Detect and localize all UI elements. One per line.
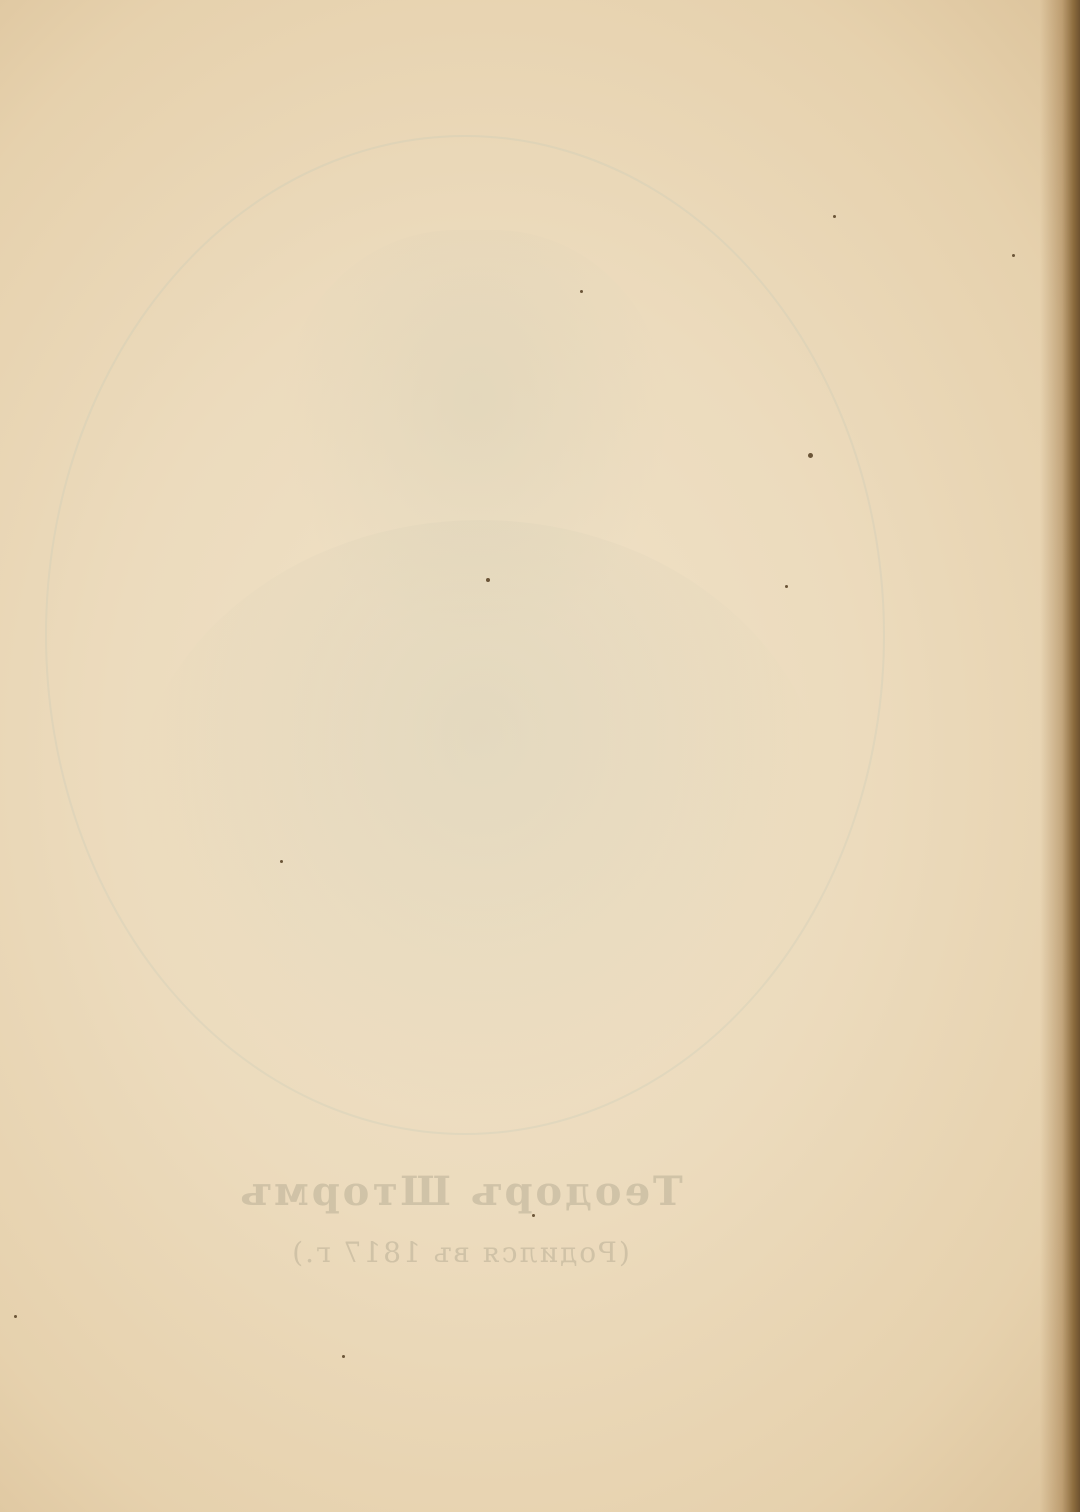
paper-speck — [486, 578, 490, 582]
paper-speck — [785, 585, 788, 588]
paper-speck — [532, 1214, 535, 1217]
caption-name-mirrored: Теодоръ Штормъ — [0, 1168, 920, 1215]
paper-speck — [808, 453, 813, 458]
paper-speck — [580, 290, 583, 293]
paper-page: Теодоръ Штормъ (Родился въ 1817 г.) — [0, 0, 1080, 1512]
paper-speck — [833, 215, 836, 218]
paper-speck — [14, 1315, 17, 1318]
portrait-body-bleed — [130, 520, 830, 1120]
paper-speck — [342, 1355, 345, 1358]
spine-shadow — [1040, 0, 1080, 1512]
caption-dates-mirrored: (Родился въ 1817 г.) — [0, 1236, 920, 1269]
paper-speck — [280, 860, 283, 863]
paper-speck — [1012, 254, 1015, 257]
